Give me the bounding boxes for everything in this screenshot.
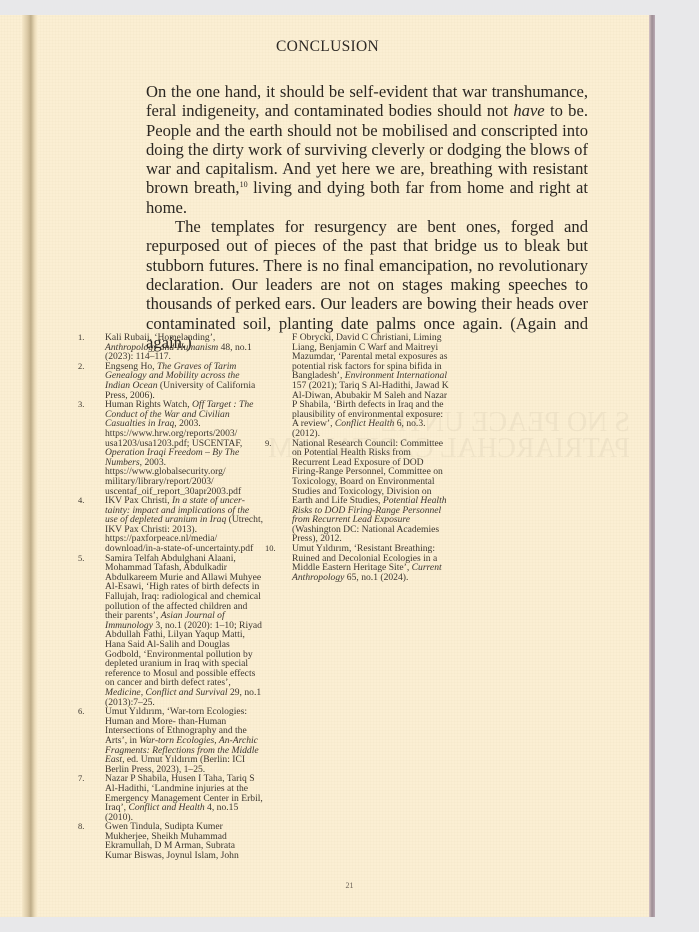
footnotes-right-column: F Obrycki, David C Christiani, Liming Li… [265,333,450,582]
footnote-number: 9. [265,439,271,449]
footnote-number: 3. [78,400,84,410]
footnote: 4.IKV Pax Christi, In a state of uncer­t… [78,496,263,554]
footnote-number: 10. [265,544,276,554]
footnote-8-continued: F Obrycki, David C Christiani, Liming Li… [265,333,450,439]
citation-text: (Washington DC: National Academies Press… [292,524,439,545]
footnote: 6.Umut Yıldırım, ‘War-torn Ecolo­gies: H… [78,707,263,774]
footnote-number: 4. [78,496,84,506]
footnote: 8.Gwen Tindula, Sudipta Kumer Mukherjee,… [78,822,263,860]
footnotes-left-column: 1.Kali Rubaii, ‘Homelanding’, Anthropolo… [78,333,263,861]
footnote: 3.Human Rights Watch, Off Target : The C… [78,400,263,496]
footnote-ref-10[interactable]: 10 [240,180,248,189]
citation-title: Operation Iraqi Freedom – By The Numbers [105,447,239,468]
footnote-text: Human Rights Watch, Off Target : The Con… [105,400,263,496]
page-number: 21 [0,881,699,890]
footnote-number: 1. [78,333,84,343]
citation-text: Gwen Tindula, Sudipta Kumer Mukherjee, S… [105,821,239,861]
footnote: 10.Umut Yıldırım, ‘Resistant Breath­ing:… [265,544,450,582]
footnote-number: 2. [78,362,84,372]
footnote-number: 7. [78,774,84,784]
citation-text: 65, no.1 (2024). [344,572,408,583]
footnote: 2.Engseng Ho, The Graves of Tarim Geneal… [78,362,263,400]
footnote-number: 8. [78,822,84,832]
citation-text: , ed. Umut Yıldırım (Berlin: ICI Berlin … [105,754,245,775]
footnote: 1.Kali Rubaii, ‘Homelanding’, Anthropolo… [78,333,263,362]
footnote-number: 5. [78,554,84,564]
footnote-text: Umut Yıldırım, ‘War-torn Ecolo­gies: Hum… [105,707,263,774]
citation-text: 3, no.1 (2020): 1–10; Riyad Abdullah Fat… [105,620,262,689]
citation-title: Conflict Health [335,418,394,429]
footnote-text: Gwen Tindula, Sudipta Kumer Mukherjee, S… [105,822,263,860]
footnote-text: Kali Rubaii, ‘Homelanding’, Anthropology… [105,333,263,362]
book-page: S NO PEACE UNTIL PATRIARCHAL CAPITALISM … [0,15,655,917]
section-heading: CONCLUSION [0,38,655,56]
footnote-text: National Research Council: Committee on … [292,439,450,545]
footnote-number: 6. [78,707,84,717]
footnote-text: Nazar P Shabila, Husen I Taha, Tariq S A… [105,774,263,822]
citation-title: Conflict and Health [128,802,204,813]
footnote-text: Engseng Ho, The Graves of Tarim Genealog… [105,362,263,400]
paragraph-1: On the one hand, it should be self-evide… [146,82,588,217]
body-text: On the one hand, it should be self-evide… [146,82,588,352]
footnote: 5.Samira Telfah Abdulghani Alaani, Moham… [78,554,263,708]
book-spine-shadow [22,15,38,917]
emphasis: have [513,101,544,120]
footnote-text: Samira Telfah Abdulghani Alaani, Mohamma… [105,554,263,708]
footnote: 9.National Research Council: Committee o… [265,439,450,545]
footnote-text: Umut Yıldırım, ‘Resistant Breath­ing: Ru… [292,544,450,582]
footnote: 7.Nazar P Shabila, Husen I Taha, Tariq S… [78,774,263,822]
footnote-text: IKV Pax Christi, In a state of uncer­tai… [105,496,263,554]
page-edge [649,15,655,917]
